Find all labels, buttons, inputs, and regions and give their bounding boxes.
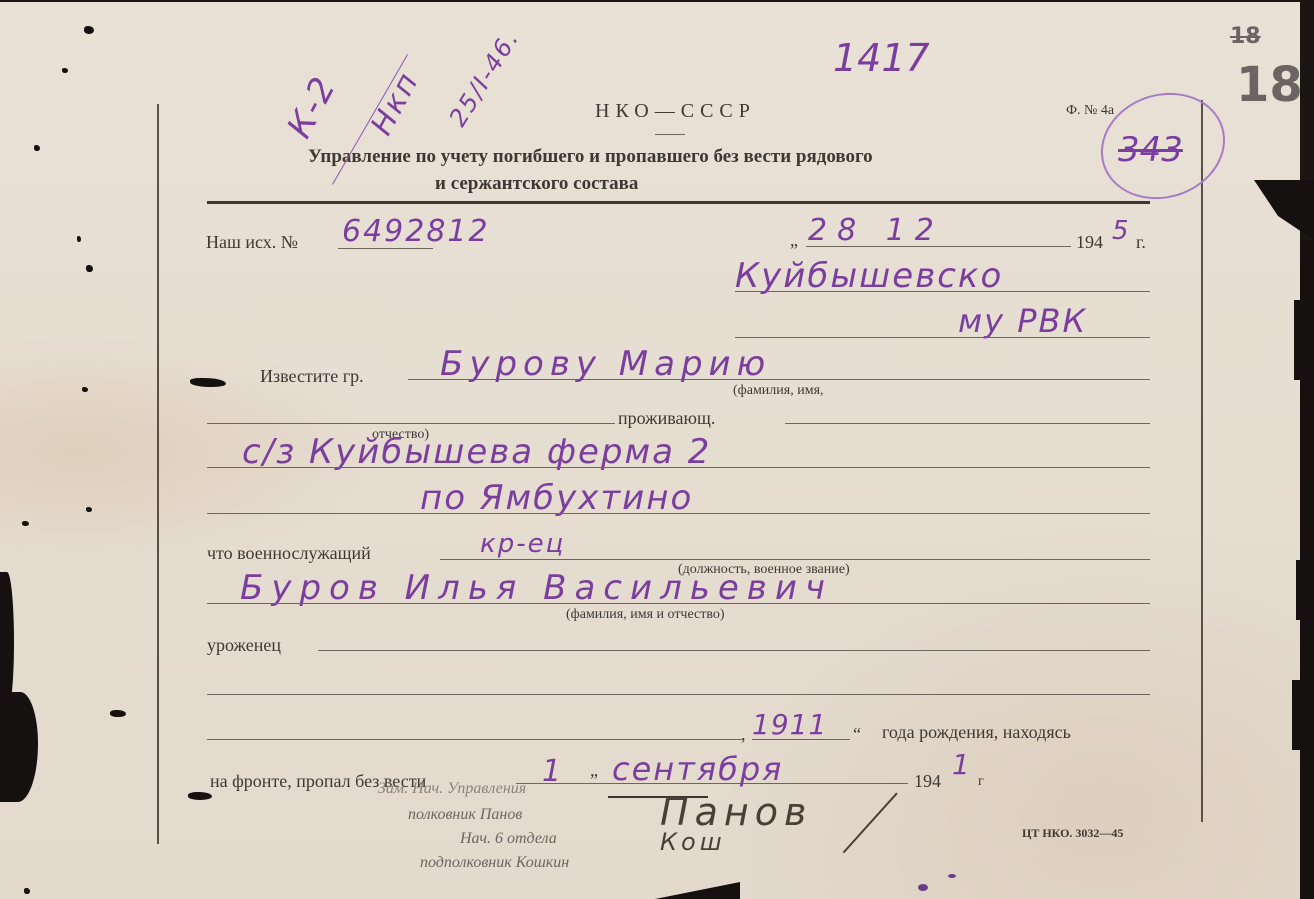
torn-edge (1296, 560, 1314, 620)
department-line-1: Управление по учету погибшего и пропавше… (308, 146, 873, 168)
torn-edge (1294, 300, 1314, 380)
paper-hole (77, 236, 81, 242)
title-underline (655, 134, 685, 135)
torn-edge (1292, 680, 1314, 750)
birth-year-open: , (741, 724, 746, 745)
signature-title-1: Зам. Нач. Управления (378, 780, 526, 798)
missing-year-unit: г (978, 774, 984, 790)
annotation-date: 25/I-46. (444, 25, 525, 132)
date-quote: „ (790, 230, 798, 251)
missing-month: сентября (612, 750, 783, 788)
annotation-pencil: 18 (1236, 57, 1303, 113)
notify-name: Бурову Марию (440, 344, 771, 384)
outgoing-number: 6492812 (342, 214, 490, 249)
annotation-1417: 1417 (833, 36, 930, 80)
field-line (440, 559, 1150, 560)
field-line (207, 423, 615, 424)
annotation-nkp: Нкп (364, 66, 426, 141)
paper-hole (84, 26, 94, 34)
year-unit: г. (1136, 232, 1146, 253)
serviceman-name: Буров Илья Васильевич (240, 568, 833, 608)
field-line (207, 467, 1150, 468)
missing-year-suffix: 1 (952, 748, 972, 781)
birth-year-close: “ (853, 724, 861, 745)
handwritten-signature-2: Кош (660, 828, 726, 856)
print-code: ЦТ НКО. 3032—45 (1022, 826, 1123, 841)
form-number: Ф. № 4а (1066, 103, 1114, 119)
native-label: уроженец (207, 635, 281, 656)
hint-fullname: (фамилия, имя и отчество) (566, 607, 725, 623)
birth-year: 1911 (752, 708, 827, 741)
missing-day: 1 (542, 754, 563, 789)
field-line (207, 513, 1150, 514)
residing-label: проживающ. (618, 408, 715, 429)
field-line (318, 650, 1150, 651)
missing-year-prefix: 194 (914, 771, 941, 792)
date-value: 28 12 (808, 213, 944, 248)
paper-hole (86, 265, 93, 272)
paper-hole (188, 792, 212, 800)
signature-name-1: полковник Панов (408, 806, 522, 824)
annotation-pencil-struck: 18 (1230, 24, 1261, 49)
field-line (207, 603, 1150, 604)
torn-edge (0, 572, 14, 712)
ink-blot (948, 874, 956, 878)
paper-hole (34, 145, 40, 151)
agency-title: НКО—СССР (595, 100, 756, 123)
field-line (735, 337, 1150, 338)
paper-hole (22, 521, 29, 526)
field-line (735, 291, 1150, 292)
birth-year-text: года рождения, находясь (882, 722, 1071, 743)
signature-name-2: подполковник Кошкин (420, 854, 569, 872)
recipient-office-line-2: му РВК (958, 302, 1087, 340)
year-suffix: 5 (1112, 216, 1131, 246)
left-margin-line (157, 104, 159, 844)
right-margin-line (1201, 100, 1203, 822)
signature-title-2: Нач. 6 отдела (460, 830, 557, 848)
notification-form-paper: НКО—СССР Ф. № 4а Управление по учету пог… (0, 2, 1300, 899)
torn-edge (640, 882, 740, 899)
hint-surname-name: (фамилия, имя, (733, 383, 824, 399)
address-line-2: по Ямбухтино (420, 478, 693, 518)
signature-stroke (843, 793, 898, 853)
serviceman-label: что военнослужащий (207, 543, 371, 564)
field-line (785, 423, 1150, 424)
header-rule (207, 201, 1150, 204)
annotation-k2: К-2 (279, 69, 344, 144)
paper-hole (24, 888, 30, 894)
missing-quote: „ (590, 760, 598, 781)
torn-edge (0, 692, 38, 802)
serviceman-rank: кр-ец (480, 529, 565, 559)
year-prefix: 194 (1076, 232, 1103, 253)
notify-label: Известите гр. (260, 366, 364, 387)
field-line (207, 739, 742, 740)
paper-hole (82, 387, 88, 392)
paper-hole (62, 68, 68, 73)
circled-number: 343 (1118, 130, 1183, 170)
paper-hole (110, 710, 126, 717)
recipient-office-line-1: Куйбышевско (735, 256, 1003, 296)
paper-hole (86, 507, 92, 512)
outgoing-label: Наш исх. № (206, 232, 298, 253)
paper-hole (190, 378, 226, 387)
department-line-2: и сержантского состава (435, 173, 638, 195)
ink-blot (918, 884, 928, 891)
address-line-1: с/з Куйбышева ферма 2 (242, 432, 711, 472)
field-line (207, 694, 1150, 695)
